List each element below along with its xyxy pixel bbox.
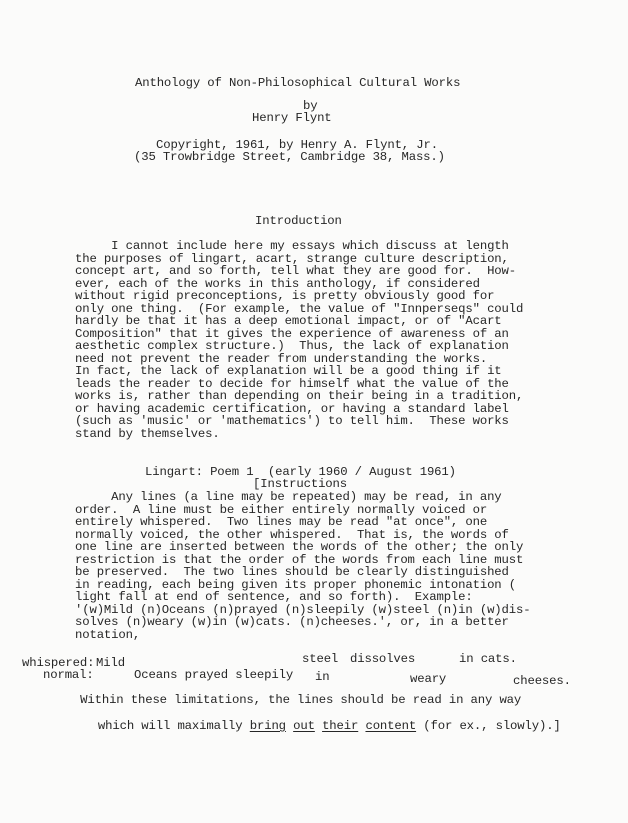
byline-author: Henry Flynt (252, 112, 332, 125)
whispered-word: dissolves (350, 653, 415, 666)
closing-text: (for ex., slowly).] (416, 719, 561, 733)
instructions-line: notation, (75, 629, 140, 642)
whispered-word: Mild (96, 657, 125, 670)
whispered-word: steel (302, 653, 338, 666)
instructions-line: solves (n)weary (w)in (w)cats. (n)cheese… (75, 616, 509, 629)
closing-line: Within these limitations, the lines shou… (44, 694, 521, 707)
space (315, 719, 322, 733)
underlined-word: their (322, 719, 358, 733)
document-page: Anthology of Non-Philosophical Cultural … (0, 0, 628, 823)
document-title: Anthology of Non-Philosophical Cultural … (135, 77, 460, 90)
underlined-word: bring (250, 719, 286, 733)
normal-word: cheeses. (513, 675, 571, 688)
underlined-word: content (365, 719, 416, 733)
normal-word: weary (410, 673, 446, 686)
normal-word: Oceans prayed sleepily (134, 669, 293, 682)
normal-label: normal: (43, 669, 94, 682)
closing-line: which will maximally bring out their con… (69, 707, 561, 746)
address: (35 Trowbridge Street, Cambridge 38, Mas… (134, 151, 445, 164)
underlined-word: out (293, 719, 315, 733)
whispered-word: in cats. (459, 653, 517, 666)
intro-line: stand by themselves. (75, 428, 220, 441)
section-heading-introduction: Introduction (255, 215, 342, 228)
normal-word: in (315, 671, 329, 684)
closing-text: which will maximally (98, 719, 250, 733)
